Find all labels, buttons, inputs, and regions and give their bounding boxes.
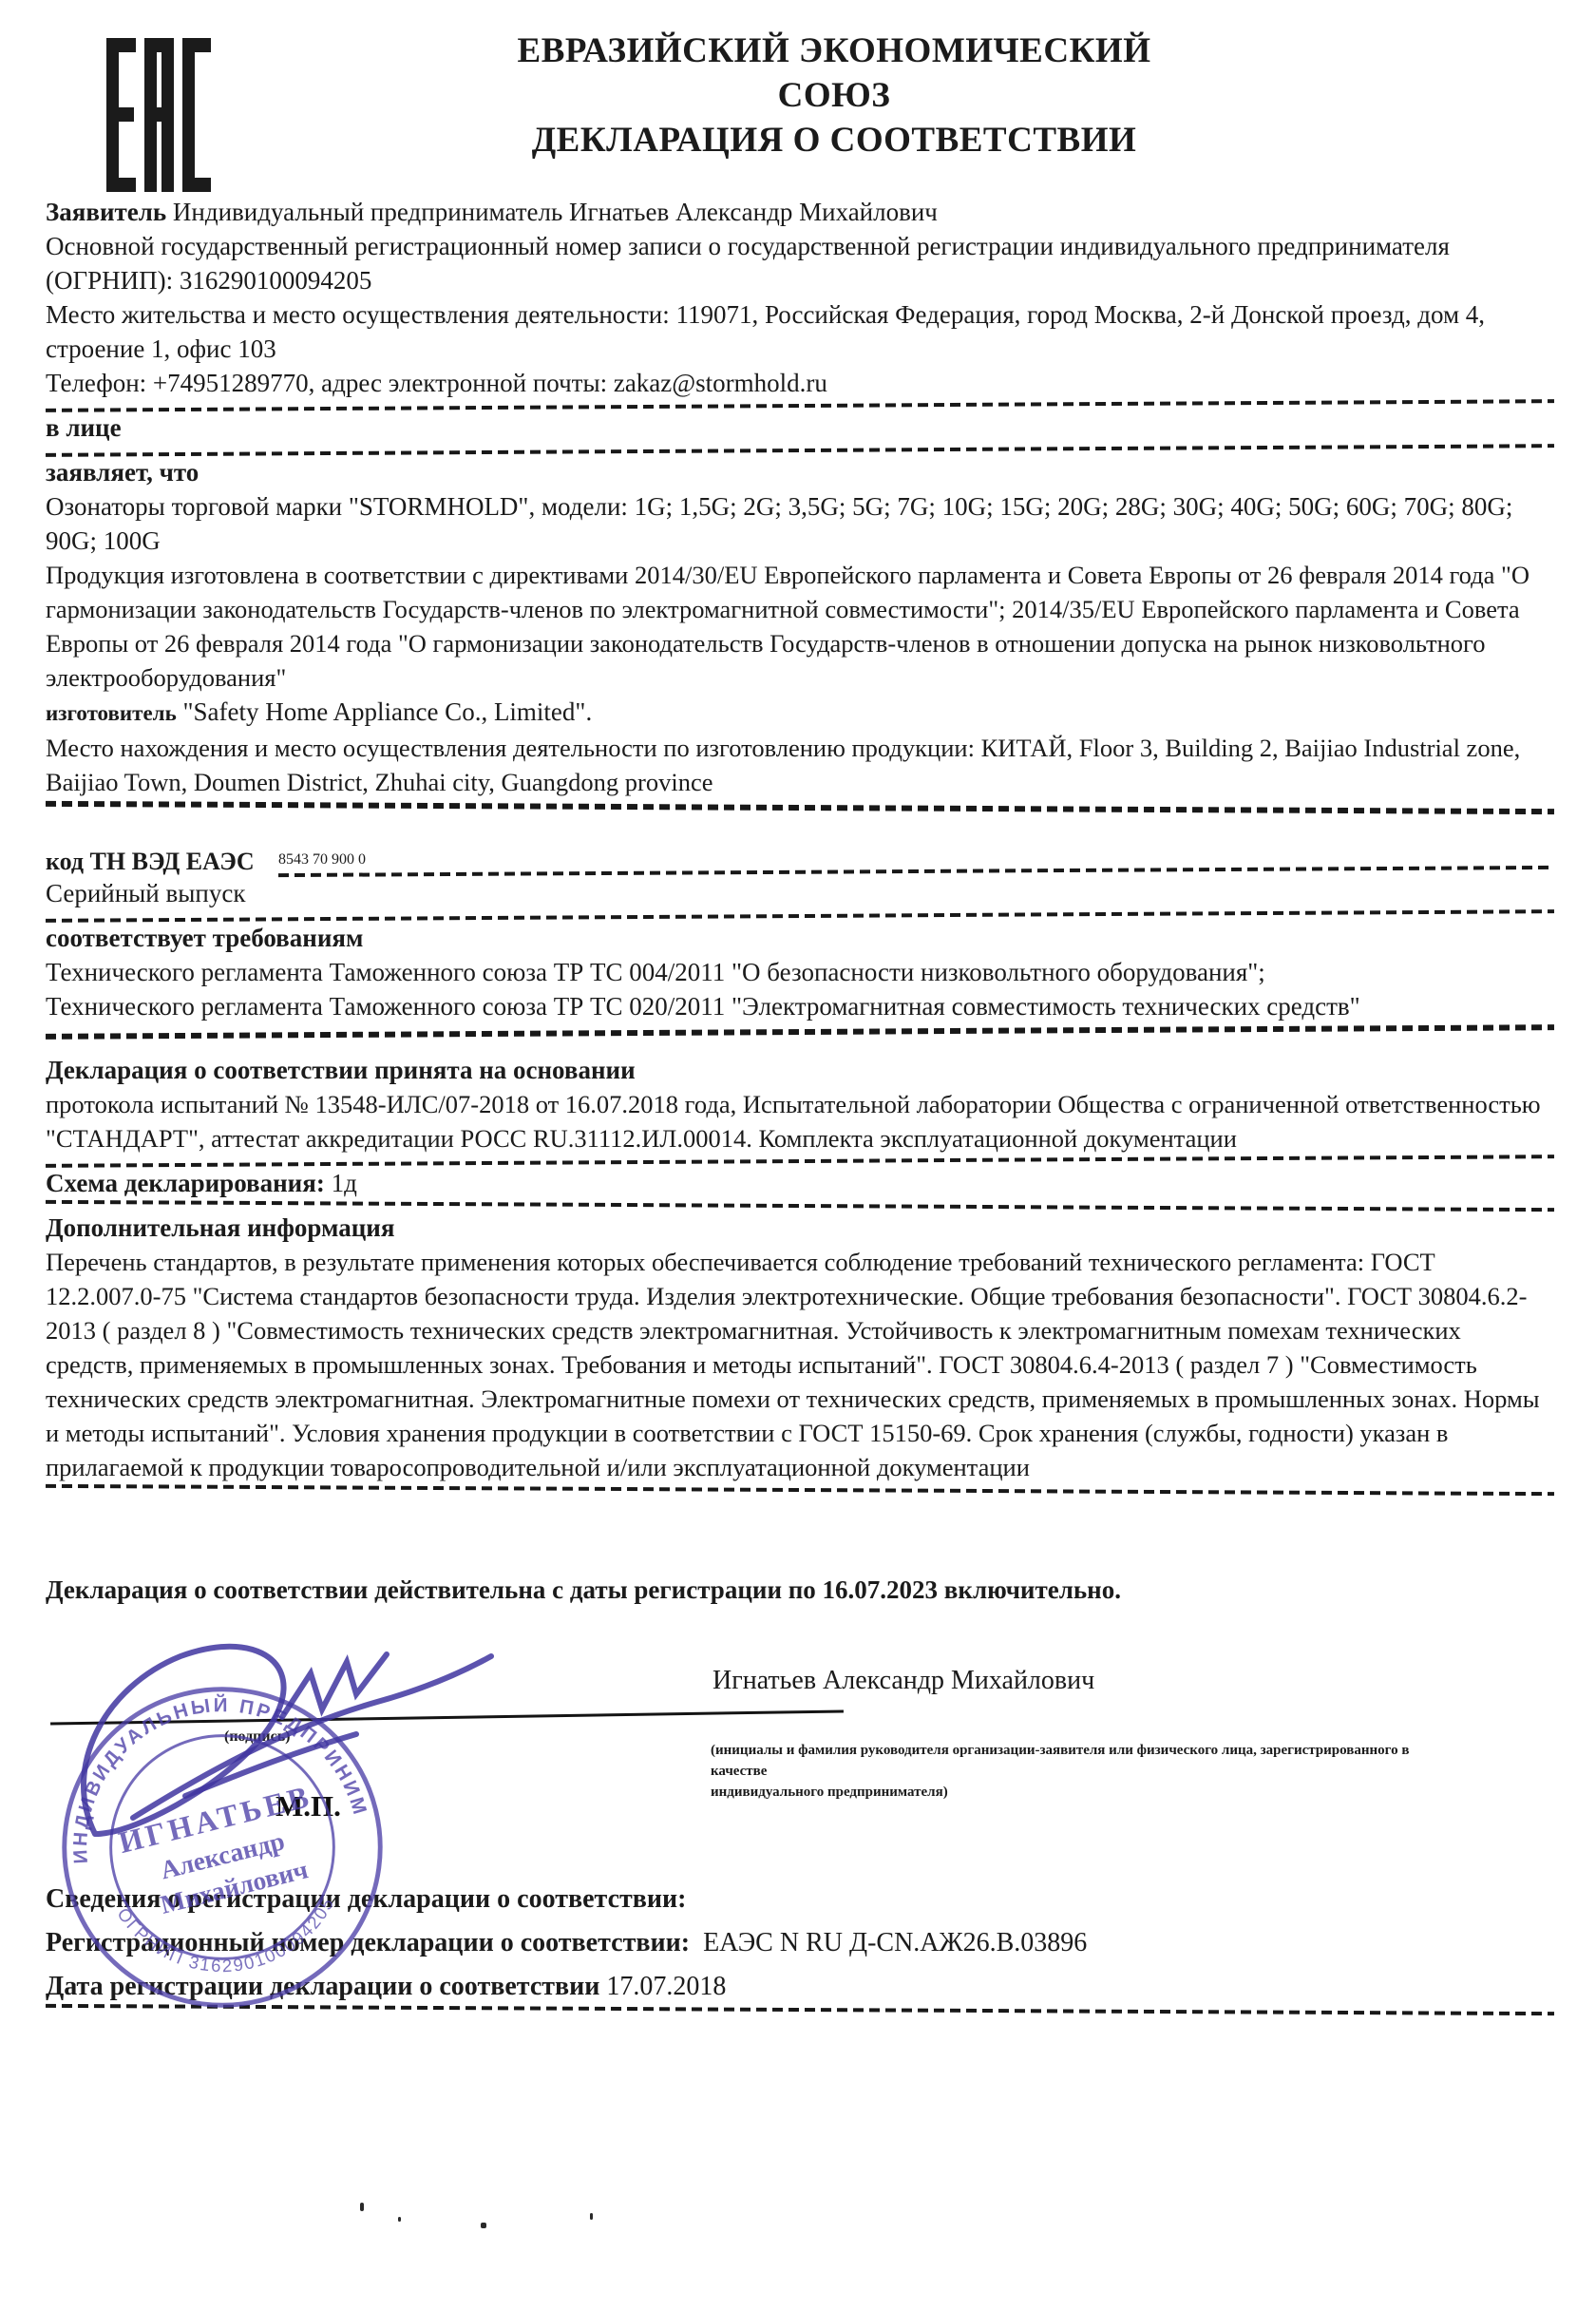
serial-issue: Серийный выпуск	[46, 876, 1554, 910]
scan-speck	[590, 2213, 593, 2220]
scheme-label: Схема декларирования:	[46, 1169, 325, 1197]
fine-print-line-2: индивидуального предпринимателя)	[711, 1782, 1452, 1803]
whitespace	[46, 1038, 1554, 1053]
products-paragraph: Озонаторы торговой марки "STORMHOLD", мо…	[46, 489, 1554, 558]
tnved-label: код ТН ВЭД ЕАЭС	[46, 848, 278, 876]
title-line-3: ДЕКЛАРАЦИЯ О СООТВЕТСТВИИ	[407, 118, 1262, 162]
scan-speck	[398, 2217, 401, 2222]
applicant-name: Индивидуальный предприниматель Игнатьев …	[173, 198, 938, 226]
document-title: ЕВРАЗИЙСКИЙ ЭКОНОМИЧЕСКИЙ СОЮЗ ДЕКЛАРАЦИ…	[407, 29, 1262, 162]
tnved-code: 8543 70 900 0	[278, 851, 366, 868]
basis-text: протокола испытаний № 13548-ИЛС/07-2018 …	[46, 1087, 1554, 1155]
applicant-paragraph: Заявитель Индивидуальный предприниматель…	[46, 195, 1554, 229]
eac-mark-glyph	[106, 38, 211, 192]
basis-label: Декларация о соответствии принята на осн…	[46, 1053, 1554, 1087]
applicant-contacts: Телефон: +74951289770, адрес электронной…	[46, 366, 1554, 400]
scheme-paragraph: Схема декларирования: 1д	[46, 1166, 1554, 1200]
title-line-1: ЕВРАЗИЙСКИЙ ЭКОНОМИЧЕСКИЙ	[407, 29, 1262, 73]
title-line-2: СОЮЗ	[407, 73, 1262, 118]
fine-print-line-1: (инициалы и фамилия руководителя организ…	[711, 1740, 1452, 1782]
section-separator	[46, 801, 1554, 814]
tnved-value-block: 8543 70 900 0	[278, 851, 1554, 876]
signer-name: Игнатьев Александр Михайлович	[712, 1666, 1094, 1696]
dashed-rule	[278, 866, 1554, 877]
additional-text: Перечень стандартов, в результате примен…	[46, 1245, 1554, 1484]
scheme-value: 1д	[332, 1169, 357, 1197]
applicant-address: Место жительства и место осуществления д…	[46, 297, 1554, 366]
additional-label: Дополнительная информация	[46, 1211, 1554, 1245]
declaration-document: ЕВРАЗИЙСКИЙ ЭКОНОМИЧЕСКИЙ СОЮЗ ДЕКЛАРАЦИ…	[0, 0, 1596, 2310]
manufacturer-paragraph: изготовитель "Safety Home Appliance Co.,…	[46, 695, 1554, 731]
regulation-1: Технического регламента Таможенного союз…	[46, 955, 1554, 989]
signature-ink	[43, 1601, 518, 1877]
signer-fine-print: (инициалы и фамилия руководителя организ…	[711, 1740, 1452, 1803]
registration-number-value: ЕАЭС N RU Д-CN.АЖ26.В.03896	[703, 1928, 1087, 1957]
regulation-2: Технического регламента Таможенного союз…	[46, 989, 1554, 1023]
document-body: ЕВРАЗИЙСКИЙ ЭКОНОМИЧЕСКИЙ СОЮЗ ДЕКЛАРАЦИ…	[46, 0, 1554, 1495]
scan-speck	[360, 2203, 364, 2211]
manufacturer-label: изготовитель	[46, 701, 177, 725]
in-face-label: в лице	[46, 410, 1554, 445]
handwritten-signature	[43, 1601, 518, 1881]
manufacturer-address: Место нахождения и место осуществления д…	[46, 731, 1554, 799]
whitespace	[46, 813, 1554, 848]
manufacturer-name: "Safety Home Appliance Co., Limited".	[182, 697, 592, 726]
directives-paragraph: Продукция изготовлена в соответствии с д…	[46, 558, 1554, 695]
scan-speck	[481, 2223, 486, 2228]
applicant-label: Заявитель	[46, 198, 166, 226]
document-header: ЕВРАЗИЙСКИЙ ЭКОНОМИЧЕСКИЙ СОЮЗ ДЕКЛАРАЦИ…	[46, 0, 1554, 195]
eac-logo-icon	[106, 38, 211, 192]
applicant-ogrnip: Основной государственный регистрационный…	[46, 229, 1554, 297]
declares-label: заявляет, что	[46, 455, 1554, 489]
registration-date-value: 17.07.2018	[606, 1972, 726, 2001]
tnved-row: код ТН ВЭД ЕАЭС 8543 70 900 0	[46, 848, 1554, 876]
conforms-label: соответствует требованиям	[46, 921, 1554, 955]
dashed-rule	[46, 1484, 1554, 1496]
